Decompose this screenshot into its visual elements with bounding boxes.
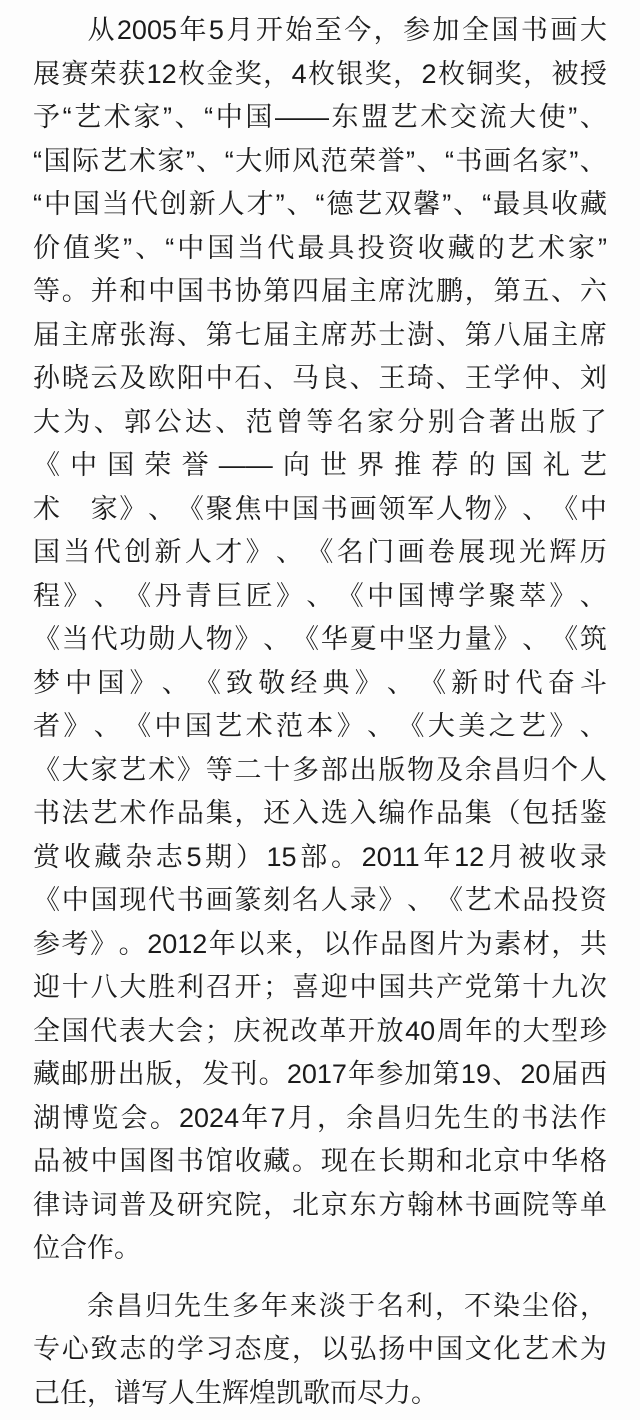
- char-glyph: 括: [551, 792, 578, 836]
- char-glyph: 以: [237, 923, 264, 967]
- char-glyph: 全: [462, 9, 489, 53]
- text-line: 价值奖”、“中国当代最具投资收藏的艺术家”: [33, 227, 607, 271]
- char-glyph: 鉴: [580, 792, 607, 836]
- char-glyph: 多: [292, 749, 319, 793]
- char-glyph: 版: [378, 749, 405, 793]
- text-line: 己任，谱写人生辉煌凯歌而尽力。: [33, 1372, 607, 1416]
- char-glyph: 中: [206, 357, 233, 401]
- text-line: 赏收藏杂志5期）15部。2011年12月被收录: [33, 836, 607, 880]
- char-glyph: 投: [358, 227, 385, 271]
- char-glyph: 艺: [522, 1328, 549, 1372]
- char-glyph: 孙: [33, 357, 60, 401]
- char-glyph: 推: [394, 444, 421, 488]
- text-line: 《中国现代书画篆刻名人录》、《艺术品投资: [33, 879, 607, 923]
- char-glyph: 学: [177, 1328, 204, 1372]
- char-glyph: （: [494, 792, 521, 836]
- char-glyph: 当: [102, 183, 129, 227]
- char-glyph: 《: [551, 618, 578, 662]
- char-glyph: 界: [357, 444, 384, 488]
- char-glyph: 巨: [215, 575, 242, 619]
- char-glyph: 湖: [33, 1097, 60, 1141]
- char-glyph: 、: [94, 575, 121, 619]
- char-glyph: 从: [87, 9, 114, 53]
- char-glyph: 届: [522, 314, 549, 358]
- char-glyph: 术: [119, 792, 146, 836]
- char-glyph: 王: [465, 357, 492, 401]
- char-glyph: 家: [157, 140, 184, 184]
- char-glyph: 晓: [62, 357, 89, 401]
- char-glyph: ，: [393, 53, 420, 97]
- char-glyph: 之: [489, 705, 516, 749]
- char-glyph: 家: [91, 749, 118, 793]
- char-glyph: 放: [377, 1010, 404, 1054]
- char-glyph: 致: [226, 662, 253, 706]
- char-glyph: 法: [551, 1097, 578, 1141]
- char-glyph: 会: [121, 1097, 148, 1141]
- char-glyph: “: [315, 183, 324, 227]
- char-glyph: 改: [291, 1010, 318, 1054]
- char-glyph: 家: [568, 227, 595, 271]
- char-glyph: 《: [124, 705, 151, 749]
- char-glyph: 作: [352, 923, 379, 967]
- char-glyph: 图: [148, 1140, 175, 1184]
- char-glyph: 弘: [350, 1328, 377, 1372]
- char-glyph: 名: [512, 140, 539, 184]
- char-glyph: 时: [483, 662, 510, 706]
- char-glyph: 五: [522, 270, 549, 314]
- char-glyph: 己: [33, 1372, 60, 1416]
- char-glyph: 著: [489, 401, 516, 445]
- char-glyph: 个: [551, 749, 578, 793]
- char-glyph: 、: [287, 183, 314, 227]
- char-glyph: 中: [407, 1328, 434, 1372]
- char-glyph: 奋: [548, 662, 575, 706]
- char-glyph: 书: [321, 488, 348, 532]
- char-glyph: 书: [521, 9, 548, 53]
- char-glyph: ；: [263, 966, 290, 1010]
- char-glyph: 19: [461, 1053, 491, 1097]
- char-glyph: 、: [551, 270, 578, 314]
- char-glyph: 、: [215, 401, 242, 445]
- char-glyph: 当: [62, 618, 89, 662]
- char-glyph: 和: [436, 1140, 463, 1184]
- char-glyph: 藏: [448, 227, 475, 271]
- char-glyph: 东: [350, 1184, 377, 1228]
- char-glyph: 博: [62, 1097, 89, 1141]
- char-glyph: 《: [398, 705, 425, 749]
- char-glyph: 最: [493, 183, 520, 227]
- char-glyph: 名: [337, 401, 364, 445]
- char-glyph: 片: [437, 923, 464, 967]
- char-glyph: 开: [234, 966, 261, 1010]
- char-glyph: 馨: [413, 183, 440, 227]
- char-glyph: 书: [206, 270, 233, 314]
- char-glyph: ，: [234, 792, 261, 836]
- char-glyph: 现: [119, 879, 146, 923]
- char-glyph: 、: [580, 140, 607, 184]
- char-glyph: 十: [522, 966, 549, 1010]
- char-glyph: 双: [384, 183, 411, 227]
- char-glyph: ，: [292, 1328, 319, 1372]
- char-glyph: 焦: [234, 488, 261, 532]
- text-line: 全国代表大会；庆祝改革开放40周年的大型珍: [33, 1010, 607, 1054]
- char-glyph: 藏: [580, 183, 607, 227]
- char-glyph: 国: [207, 227, 234, 271]
- char-glyph: 的: [469, 444, 496, 488]
- char-glyph: 《: [419, 662, 446, 706]
- char-glyph: 国: [91, 879, 118, 923]
- char-glyph: 士: [378, 314, 405, 358]
- char-glyph: 中: [65, 662, 92, 706]
- char-glyph: 志: [119, 1328, 146, 1372]
- char-glyph: 国: [245, 96, 272, 140]
- char-glyph: 素: [494, 923, 521, 967]
- char-glyph: 艺: [215, 705, 242, 749]
- char-glyph: 书: [177, 1140, 204, 1184]
- char-glyph: 《: [306, 531, 333, 575]
- char-glyph: 期: [407, 1140, 434, 1184]
- char-glyph: 代: [516, 662, 543, 706]
- char-glyph: 、: [196, 140, 223, 184]
- char-glyph: 态: [234, 1328, 261, 1372]
- char-glyph: 铜: [466, 53, 493, 97]
- char-glyph: 月: [488, 836, 515, 880]
- char-glyph: 良: [321, 357, 348, 401]
- char-glyph: 资: [388, 227, 415, 271]
- char-glyph: 中: [62, 879, 89, 923]
- char-glyph: 的: [494, 1010, 521, 1054]
- char-glyph: 北: [292, 1184, 319, 1228]
- char-glyph: 》: [549, 575, 576, 619]
- char-glyph: 赏: [33, 836, 60, 880]
- char-glyph: 昌: [494, 749, 521, 793]
- text-line: 予“艺术家”、“中国——东盟艺术交流大使”、: [33, 96, 607, 140]
- char-glyph: 发: [202, 1053, 229, 1097]
- char-glyph: 画: [484, 140, 511, 184]
- char-glyph: 和: [119, 270, 146, 314]
- char-glyph: 新: [189, 183, 216, 227]
- char-glyph: 现: [489, 531, 516, 575]
- char-glyph: 包: [522, 792, 549, 836]
- char-glyph: 林: [436, 1184, 463, 1228]
- text-line: 国当代创新人才》、《名门画卷展现光辉历: [33, 531, 607, 575]
- char-glyph: 艺: [580, 444, 607, 488]
- char-glyph: 合: [60, 1227, 87, 1271]
- char-glyph: 40: [405, 1010, 435, 1054]
- char-glyph: 沈: [407, 270, 434, 314]
- char-glyph: 、: [367, 705, 394, 749]
- text-line: 《当代功勋人物》、《华夏中坚力量》、《筑: [33, 618, 607, 662]
- char-glyph: 。: [150, 1097, 177, 1141]
- char-glyph: ”: [186, 140, 195, 184]
- char-glyph: 北: [465, 1140, 492, 1184]
- char-glyph: 出: [350, 749, 377, 793]
- article-body: 从2005年5月开始至今，参加全国书画大展赛荣获12枚金奖，4枚银奖，2枚铜奖，…: [0, 0, 640, 1420]
- char-glyph: 九: [551, 966, 578, 1010]
- char-glyph: 澍: [407, 314, 434, 358]
- char-glyph: 国: [119, 1140, 146, 1184]
- char-glyph: 2011: [362, 836, 420, 880]
- char-glyph: 及: [119, 357, 146, 401]
- text-line: 《大家艺术》等二十多部出版物及余昌归个人: [33, 749, 607, 793]
- char-glyph: ”: [442, 183, 451, 227]
- char-glyph: 被: [62, 1140, 89, 1184]
- char-glyph: 人: [177, 618, 204, 662]
- char-glyph: 格: [580, 1140, 607, 1184]
- char-glyph: 誉: [378, 140, 405, 184]
- char-glyph: 世: [320, 444, 347, 488]
- char-glyph: 第: [494, 966, 521, 1010]
- char-glyph: 庆: [233, 1010, 260, 1054]
- char-glyph: 录: [580, 836, 607, 880]
- char-glyph: 范: [321, 140, 348, 184]
- char-glyph: 扬: [378, 1328, 405, 1372]
- char-glyph: [62, 488, 89, 532]
- char-glyph: 。: [411, 1372, 438, 1416]
- char-glyph: 年: [179, 9, 206, 53]
- char-glyph: 、: [551, 357, 578, 401]
- char-glyph: 具: [522, 183, 549, 227]
- char-glyph: 年: [423, 836, 450, 880]
- char-glyph: 归: [145, 1285, 172, 1329]
- char-glyph: 藏: [33, 1053, 60, 1097]
- char-glyph: 创: [124, 531, 151, 575]
- char-glyph: 风: [292, 140, 319, 184]
- char-glyph: 迎: [33, 966, 60, 1010]
- char-glyph: 术: [420, 96, 447, 140]
- char-glyph: 届: [263, 314, 290, 358]
- char-glyph: 为: [63, 401, 90, 445]
- char-glyph: 画: [206, 879, 233, 923]
- char-glyph: 荣: [90, 53, 117, 97]
- char-glyph: 位: [33, 1227, 60, 1271]
- char-glyph: 年: [261, 1285, 288, 1329]
- char-glyph: 期: [205, 836, 232, 880]
- char-glyph: 于: [348, 1285, 375, 1329]
- char-glyph: 普: [119, 1184, 146, 1228]
- char-glyph: 出: [519, 401, 546, 445]
- char-glyph: 》: [130, 662, 157, 706]
- char-glyph: 生: [195, 1372, 222, 1416]
- char-glyph: 卷: [428, 531, 455, 575]
- char-glyph: 今: [344, 9, 371, 53]
- char-glyph: 人: [168, 1372, 195, 1416]
- char-glyph: 授: [580, 53, 607, 97]
- char-glyph: 《: [436, 879, 463, 923]
- char-glyph: 艺: [465, 879, 492, 923]
- char-glyph: 。: [292, 1140, 319, 1184]
- char-glyph: 《: [194, 662, 221, 706]
- char-glyph: 先: [434, 1097, 461, 1141]
- char-glyph: 丹: [155, 575, 182, 619]
- char-glyph: 家: [367, 401, 394, 445]
- char-glyph: 新: [451, 662, 478, 706]
- char-glyph: 尽: [357, 1372, 384, 1416]
- char-glyph: 主: [292, 314, 319, 358]
- char-glyph: 收: [418, 227, 445, 271]
- char-glyph: 方: [378, 1184, 405, 1228]
- char-glyph: “: [445, 140, 454, 184]
- char-glyph: 西: [580, 1053, 607, 1097]
- char-glyph: 予: [33, 96, 60, 140]
- char-glyph: 书: [33, 792, 60, 836]
- char-glyph: 人: [218, 183, 245, 227]
- char-glyph: 月: [226, 9, 253, 53]
- char-glyph: 第: [206, 314, 233, 358]
- char-glyph: 等: [206, 749, 233, 793]
- char-glyph: 马: [292, 357, 319, 401]
- char-glyph: 国: [185, 705, 212, 749]
- char-glyph: 、: [148, 488, 175, 532]
- char-glyph: 党: [465, 966, 492, 1010]
- char-glyph: 究: [206, 1184, 233, 1228]
- char-glyph: 文: [465, 1328, 492, 1372]
- char-glyph: 2024: [179, 1097, 239, 1141]
- char-glyph: 年: [241, 1097, 268, 1141]
- char-glyph: 邮: [61, 1053, 88, 1097]
- char-glyph: 共: [580, 923, 607, 967]
- char-glyph: 开: [256, 9, 283, 53]
- char-glyph: ，: [580, 1285, 607, 1329]
- char-glyph: “: [33, 140, 42, 184]
- char-glyph: 主: [551, 314, 578, 358]
- text-line: 展赛荣获12枚金奖，4枚银奖，2枚铜奖，被授: [33, 53, 607, 97]
- char-glyph: 15: [267, 836, 297, 880]
- char-glyph: 周: [437, 1010, 464, 1054]
- char-glyph: 向: [283, 444, 310, 488]
- char-glyph: 长: [378, 1140, 405, 1184]
- char-glyph: 者: [33, 705, 60, 749]
- char-glyph: 荣: [144, 444, 171, 488]
- char-glyph: 律: [33, 1184, 60, 1228]
- char-glyph: 5: [209, 9, 224, 53]
- char-glyph: 赛: [61, 53, 88, 97]
- char-glyph: 美: [458, 705, 485, 749]
- char-glyph: 、: [436, 357, 463, 401]
- char-glyph: 使: [539, 96, 566, 140]
- char-glyph: 而: [330, 1372, 357, 1416]
- char-glyph: ，: [263, 53, 290, 97]
- char-glyph: ——: [275, 96, 329, 140]
- char-glyph: 京: [494, 1140, 521, 1184]
- char-glyph: 入: [350, 792, 377, 836]
- char-glyph: 六: [580, 270, 607, 314]
- char-glyph: 《: [292, 618, 319, 662]
- char-glyph: 表: [119, 1010, 146, 1054]
- char-glyph: 作: [580, 1097, 607, 1141]
- char-glyph: 2017: [287, 1053, 347, 1097]
- char-glyph: 鹏: [436, 270, 463, 314]
- char-glyph: 全: [33, 1010, 60, 1054]
- char-glyph: ，: [174, 1053, 201, 1097]
- char-glyph: 型: [551, 1010, 578, 1054]
- char-glyph: 不: [464, 1285, 491, 1329]
- char-glyph: 入: [292, 792, 319, 836]
- char-glyph: 当: [237, 227, 264, 271]
- char-glyph: 大: [235, 140, 262, 184]
- char-glyph: 次: [580, 966, 607, 1010]
- char-glyph: 《: [33, 749, 60, 793]
- char-glyph: 盟: [361, 96, 388, 140]
- char-glyph: 量: [465, 618, 492, 662]
- char-glyph: ，: [294, 923, 321, 967]
- char-glyph: ”: [568, 96, 577, 140]
- char-glyph: 国: [33, 531, 60, 575]
- char-glyph: 书: [465, 1184, 492, 1228]
- char-glyph: 辉: [549, 531, 576, 575]
- char-glyph: 现: [321, 1140, 348, 1184]
- char-glyph: 国: [43, 140, 70, 184]
- char-glyph: 具: [328, 227, 355, 271]
- char-glyph: 专: [33, 1328, 60, 1372]
- char-glyph: 余: [465, 749, 492, 793]
- char-glyph: 的: [148, 1328, 175, 1372]
- char-glyph: 主: [350, 270, 377, 314]
- char-glyph: 、: [135, 227, 162, 271]
- char-glyph: 书: [455, 140, 482, 184]
- char-glyph: 书: [177, 879, 204, 923]
- char-glyph: 画: [350, 488, 377, 532]
- char-glyph: 物: [206, 618, 233, 662]
- char-glyph: 斗: [580, 662, 607, 706]
- char-glyph: 刻: [263, 879, 290, 923]
- char-glyph: 》: [494, 618, 521, 662]
- char-glyph: 年: [209, 923, 236, 967]
- char-glyph: 来: [290, 1285, 317, 1329]
- char-glyph: 夏: [350, 618, 377, 662]
- char-glyph: 选: [321, 792, 348, 836]
- char-glyph: 藏: [94, 836, 121, 880]
- char-glyph: 大: [523, 1010, 550, 1054]
- char-glyph: 际: [72, 140, 99, 184]
- char-glyph: 敬: [258, 662, 285, 706]
- char-glyph: 藏: [263, 1140, 290, 1184]
- char-glyph: 家: [541, 140, 568, 184]
- char-glyph: 书: [521, 1097, 548, 1141]
- char-glyph: 、: [306, 575, 333, 619]
- char-glyph: 礼: [543, 444, 570, 488]
- char-glyph: 致: [91, 1328, 118, 1372]
- char-glyph: 、: [276, 531, 303, 575]
- char-glyph: 12: [147, 53, 177, 97]
- char-glyph: 新: [155, 531, 182, 575]
- char-glyph: 版: [146, 1053, 173, 1097]
- char-glyph: 化: [494, 1328, 521, 1372]
- char-glyph: 研: [177, 1184, 204, 1228]
- char-glyph: 范: [276, 705, 303, 749]
- char-glyph: 2005: [117, 9, 177, 53]
- char-glyph: 收: [549, 836, 576, 880]
- text-line: 书法艺术作品集，还入选入编作品集（包括鉴: [33, 792, 607, 836]
- char-glyph: 坚: [407, 618, 434, 662]
- first-line-indent: [33, 30, 85, 31]
- char-glyph: 当: [63, 531, 90, 575]
- char-glyph: 作: [407, 792, 434, 836]
- char-glyph: 》: [549, 705, 576, 749]
- char-glyph: 第: [494, 270, 521, 314]
- char-glyph: 2012: [147, 923, 207, 967]
- char-glyph: 创: [160, 183, 187, 227]
- char-glyph: 、: [387, 662, 414, 706]
- char-glyph: 、: [175, 96, 202, 140]
- char-glyph: 编: [378, 792, 405, 836]
- char-glyph: ，: [263, 1184, 290, 1228]
- char-glyph: 云: [91, 357, 118, 401]
- char-glyph: 尘: [522, 1285, 549, 1329]
- char-glyph: 大: [580, 9, 607, 53]
- char-glyph: 公: [155, 401, 182, 445]
- text-line: 等。并和中国书协第四届主席沈鹏，第五、六: [33, 270, 607, 314]
